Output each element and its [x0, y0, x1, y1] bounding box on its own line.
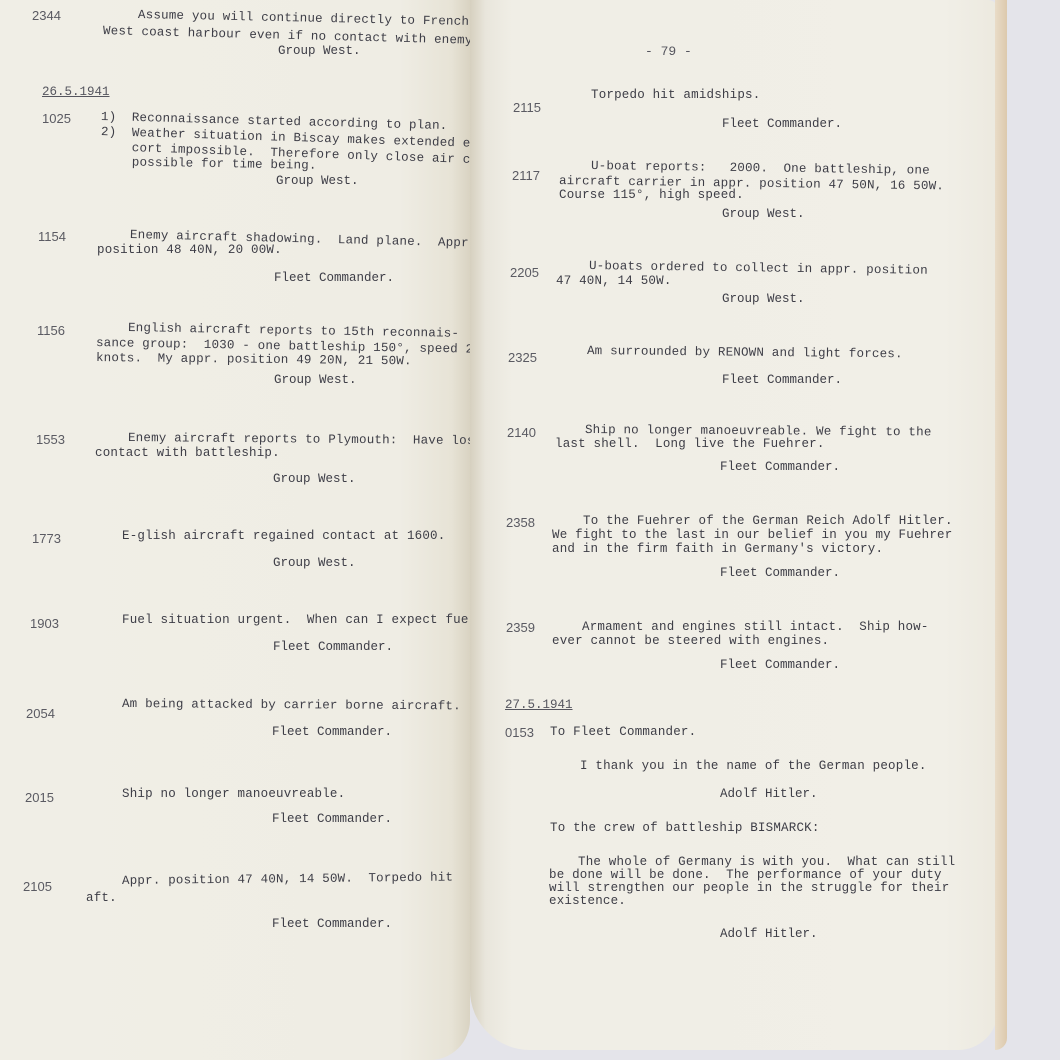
message-time: 2015 — [25, 790, 54, 805]
message-signature: Group West. — [273, 472, 356, 486]
message-text: To the crew of battleship BISMARCK: — [550, 821, 820, 835]
message-text: be done will be done. The performance of… — [549, 868, 942, 882]
message-signature: Fleet Commander. — [720, 566, 840, 580]
message-time: 2359 — [506, 620, 535, 635]
message-time: 1903 — [30, 616, 59, 631]
page-number: - 79 - — [645, 44, 692, 59]
message-text: aft. — [86, 891, 117, 905]
message-signature: Group West. — [276, 174, 359, 188]
message-text: last shell. Long live the Fuehrer. — [555, 437, 825, 451]
message-text: I thank you in the name of the German pe… — [580, 759, 927, 773]
message-time: 2140 — [507, 425, 536, 440]
message-signature: Group West. — [278, 44, 361, 58]
message-text: Fuel situation urgent. When can I expect… — [122, 613, 484, 627]
message-signature: Fleet Commander. — [273, 640, 393, 654]
message-text: position 48 40N, 20 00W. — [97, 243, 282, 257]
message-signature: Adolf Hitler. — [720, 787, 818, 801]
message-signature: Group West. — [273, 556, 356, 570]
date-heading: 26.5.1941 — [42, 85, 110, 99]
message-text: Am surrounded by RENOWN and light forces… — [587, 344, 903, 361]
message-text: will strengthen our people in the strugg… — [549, 881, 949, 895]
message-signature: Group West. — [722, 207, 805, 221]
message-time: 2325 — [508, 350, 537, 365]
message-text: and in the firm faith in Germany's victo… — [552, 542, 883, 556]
message-text: 47 40N, 14 50W. — [556, 274, 672, 288]
message-signature: Fleet Commander. — [720, 460, 840, 474]
message-signature: Fleet Commander. — [272, 917, 392, 931]
message-time: 1154 — [38, 229, 66, 244]
message-text: The whole of Germany is with you. What c… — [578, 855, 955, 869]
message-time: 2054 — [26, 706, 55, 721]
message-signature: Fleet Commander. — [272, 725, 392, 739]
message-time: 2358 — [506, 515, 535, 530]
message-time: 0153 — [505, 725, 534, 740]
message-signature: Fleet Commander. — [722, 117, 842, 131]
message-text: Appr. position 47 40N, 14 50W. Torpedo h… — [122, 871, 453, 888]
message-signature: Fleet Commander. — [272, 812, 392, 826]
message-text: To Fleet Commander. — [550, 725, 696, 739]
message-signature: Fleet Commander. — [722, 373, 842, 387]
message-time: 2105 — [23, 879, 52, 894]
message-signature: Fleet Commander. — [720, 658, 840, 672]
message-time: 1553 — [36, 432, 65, 447]
message-text: contact with battleship. — [95, 446, 280, 460]
message-text: Ship no longer manoeuvreable. — [122, 787, 345, 801]
message-time: 1025 — [42, 111, 71, 126]
message-time: 1156 — [37, 323, 65, 338]
message-signature: Fleet Commander. — [274, 271, 394, 285]
message-time: 2205 — [510, 265, 539, 280]
right-page: - 79 - 2115 Torpedo hit amidships. Fleet… — [470, 0, 998, 1050]
message-text: Am being attacked by carrier borne aircr… — [122, 697, 461, 713]
message-signature: Group West. — [274, 373, 357, 387]
message-text: ever cannot be steered with engines. — [552, 634, 829, 648]
message-text: existence. — [549, 894, 626, 908]
message-time: 2344 — [32, 8, 61, 23]
message-text: We fight to the last in our belief in yo… — [552, 528, 952, 542]
message-text: Armament and engines still intact. Ship … — [582, 620, 929, 634]
message-text: To the Fuehrer of the German Reich Adolf… — [583, 514, 953, 528]
message-time: 1773 — [32, 531, 61, 546]
message-time: 2115 — [513, 100, 541, 115]
message-text: Torpedo hit amidships. — [591, 88, 760, 102]
message-signature: Group West. — [722, 292, 805, 306]
message-time: 2117 — [512, 168, 540, 183]
left-page: 2344 Assume you will continue directly t… — [0, 0, 470, 1060]
message-text: Course 115°, high speed. — [559, 188, 744, 202]
message-text: possible for time being. — [101, 155, 317, 173]
date-heading: 27.5.1941 — [505, 698, 573, 712]
message-signature: Adolf Hitler. — [720, 927, 818, 941]
message-text: E-glish aircraft regained contact at 160… — [122, 529, 445, 543]
message-text: knots. My appr. position 49 20N, 21 50W. — [96, 351, 412, 368]
page-stack-edge — [995, 0, 1007, 1050]
